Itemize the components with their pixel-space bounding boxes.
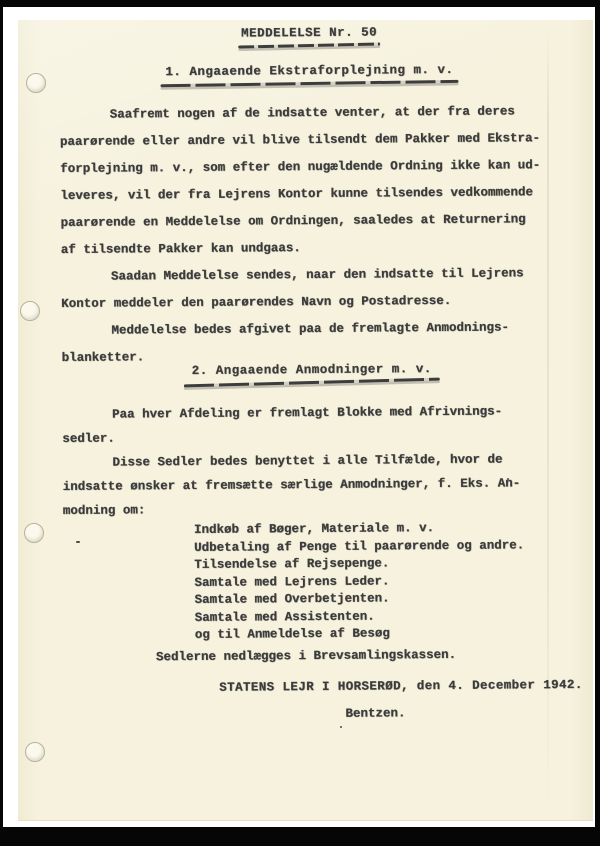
section-2-heading-block: 2. Angaaende Anmodninger m. v. — [62, 360, 562, 386]
section-2-body: Paa hver Afdeling er fremlagt Blokke med… — [62, 399, 563, 523]
signature-place-date: STATENS LEJR I HORSERØD, den 4. December… — [64, 676, 600, 697]
request-list: Indkøb af Bøger, Materiale m. v. Udbetal… — [63, 519, 564, 645]
text-line: forplejning m. v., som efter den nugælde… — [60, 152, 560, 183]
list-item: og til Anmeldelse af Besøg — [64, 624, 564, 645]
hole-punch — [25, 742, 45, 762]
document-title: MEDDELELSE Nr. 50 — [59, 23, 559, 43]
document-paper: MEDDELELSE Nr. 50 1. Angaaende Ekstrafor… — [18, 20, 593, 821]
section-1-heading: 1. Angaaende Ekstraforplejning m. v. — [59, 61, 559, 81]
text-line: af tilsendte Pakker kan undgaas. — [61, 233, 561, 264]
text-line: Kontor meddeler den paarørendes Navn og … — [61, 287, 561, 318]
text-line: Paa hver Afdeling er fremlagt Blokke med… — [62, 399, 562, 427]
typewritten-content: MEDDELELSE Nr. 50 1. Angaaende Ekstrafor… — [59, 18, 565, 822]
text-line: leveres, vil der fra Lejrens Kontor kunn… — [60, 179, 560, 210]
ink-speck — [76, 541, 80, 543]
section-1-heading-block: 1. Angaaende Ekstraforplejning m. v. — [59, 61, 559, 87]
text-line: indsatte ønsker at fremsætte særlige Anm… — [63, 471, 563, 499]
closing-line: Sedlerne nedlægges i Brevsamlingskassen. — [64, 645, 600, 666]
hole-punch — [24, 523, 44, 543]
ink-speck — [340, 726, 342, 728]
scanned-document-page: { "colors": { "paper": "#f6f2de", "ink":… — [0, 0, 600, 846]
section-1-underline — [161, 80, 459, 87]
section-2-underline — [184, 378, 440, 388]
text-line: Saafremt nogen af de indsatte venter, at… — [60, 98, 560, 129]
hole-punch — [26, 73, 46, 93]
signature-name: Bentzen. — [64, 702, 600, 724]
hole-punch — [20, 301, 40, 321]
text-line: Saadan Meddelelse sendes, naar den indsa… — [61, 260, 561, 291]
ink-speck — [507, 478, 509, 480]
text-line: Meddelelse bedes afgivet paa de fremlagt… — [61, 314, 561, 345]
document-title-block: MEDDELELSE Nr. 50 — [59, 23, 559, 49]
text-line: paarørende en Meddelelse om Ordningen, s… — [60, 206, 560, 237]
title-underline — [238, 42, 380, 48]
section-1-body: Saafremt nogen af de indsatte venter, at… — [60, 98, 562, 372]
text-line: paarørende eller andre vil blive tilsend… — [60, 125, 560, 156]
section-2-heading: 2. Angaaende Anmodninger m. v. — [62, 360, 562, 380]
